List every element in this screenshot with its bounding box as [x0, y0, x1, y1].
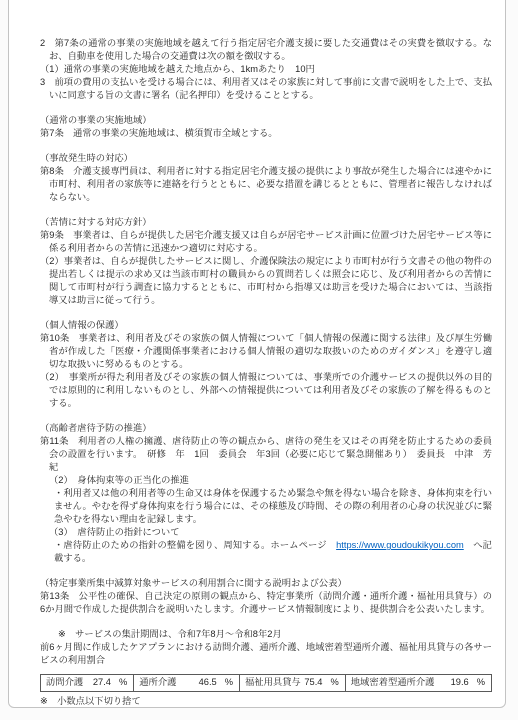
- clause-11-2-restraint-detail: ・利用者又は他の利用者等の生命又は身体を保護するため緊急や無を得ない場合を除き、…: [40, 487, 492, 526]
- table-cell-visit-care: 訪問介護 27.4 %: [41, 675, 133, 691]
- cell-unit: %: [330, 676, 338, 689]
- cell-label: 地域密着型通所介護: [351, 676, 435, 689]
- heading-usage-ratio-disclosure: （特定事業所集中減算対象サービスの利用割合に関する説明および公表）: [40, 577, 492, 590]
- careplan-ratio-note: 前6ヶ月間に作成したケアプランにおける訪問介護、通所介護、地域密着型通所介護、福…: [40, 641, 492, 667]
- rounding-note: ※ 小数点以下切り捨て: [40, 695, 492, 708]
- clause-9-1-complaint-handling: 第9条 事業者は、自らが提供した居宅介護支援又は自らが居宅サービス計画に位置づけ…: [40, 229, 492, 255]
- cell-value: 27.4: [93, 676, 111, 689]
- table-cell-community-daycare: 地域密着型通所介護 19.6 %: [345, 675, 491, 691]
- table-cell-daycare: 通所介護 46.5 %: [133, 675, 239, 691]
- table-cell-welfare-equipment: 福祉用具貸与 75.4 %: [239, 675, 345, 691]
- document-body: 2 第7条の通常の事業の実施地域を越えて行う指定居宅介護支援に要した交通費はその…: [40, 37, 492, 708]
- document-page: 2 第7条の通常の事業の実施地域を越えて行う指定居宅介護支援に要した交通費はその…: [8, 0, 506, 708]
- clause-7-2-1-per-km-fee: （1）通常の事業の実施地域を越えた地点から、1kmあたり 10円: [40, 63, 492, 76]
- clause-7-3-payment-consent: 3 前項の費用の支払いを受ける場合には、利用者又はその家族に対して事前に文書で説…: [40, 76, 492, 102]
- clause-7-service-area: 第7条 通常の事業の実施地域は、横須賀市全域とする。: [40, 127, 492, 140]
- homepage-link[interactable]: https://www.goudoukikyou.com: [336, 540, 464, 550]
- clause-11-1-abuse-committee: 第11条 利用者の人権の擁護、虐待防止の等の観点から、虐待の発生を又はその再発を…: [40, 435, 492, 474]
- clause-10-2-privacy-use: （2） 事業所が得た利用者及びその家族の個人情報については、事業所での介護サービ…: [40, 371, 492, 410]
- cell-value: 19.6: [451, 676, 469, 689]
- clause-10-1-privacy-law: 第10条 事業者は、利用者及びその家族の個人情報について「個人情報の保護に関する…: [40, 332, 492, 371]
- cell-label: 訪問介護: [46, 676, 83, 689]
- heading-accident-response: （事故発生時の対応）: [40, 152, 492, 165]
- clause-8-accident-response: 第8条 介護支援専門員は、利用者に対する指定居宅介護支援の提供により事故が発生し…: [40, 165, 492, 204]
- cell-unit: %: [477, 676, 485, 689]
- cell-value: 46.5: [199, 676, 217, 689]
- cell-label: 通所介護: [139, 676, 176, 689]
- clause-9-2-municipal-cooperation: （2）事業者は、自らが提供したサービスに関し、介護保険法の規定により市町村が行う…: [40, 255, 492, 307]
- heading-complaint-policy: （苦情に対する対応方針）: [40, 216, 492, 229]
- heading-abuse-prevention: （高齢者虐待予防の推進）: [40, 422, 492, 435]
- usage-ratio-table: 訪問介護 27.4 % 通所介護 46.5 % 福祉用具貸与 75.4 % 地域…: [40, 674, 492, 692]
- clause-7-2-transport-fee: 2 第7条の通常の事業の実施地域を越えて行う指定居宅介護支援に要した交通費はその…: [40, 37, 492, 63]
- cell-unit: %: [225, 676, 233, 689]
- cell-unit: %: [119, 676, 127, 689]
- cell-value: 75.4: [304, 676, 322, 689]
- cell-label: 福祉用具貸与: [245, 676, 301, 689]
- aggregation-period-note: ※ サービスの集計期間は、令和7年8月～令和8年2月: [40, 628, 492, 641]
- clause-13-usage-ratio: 第13条 公平性の確保、自己決定の原則の観点から、特定事業所（訪問介護・通所介護…: [40, 590, 492, 616]
- heading-service-area: （通常の事業の実施地域）: [40, 114, 492, 127]
- heading-personal-info: （個人情報の保護）: [40, 319, 492, 332]
- clause-11-3-guideline-detail: ・虐待防止のための指針の整備を図り、周知する。ホームページ https://ww…: [40, 539, 492, 565]
- guideline-text-before: ・虐待防止のための指針の整備を図り、周知する。ホームページ: [54, 540, 336, 550]
- clause-11-3-guideline-title: （3） 虐待防止の指針について: [40, 526, 492, 539]
- clause-11-2-restraint-title: （2） 身体拘束等の正当化の推進: [40, 474, 492, 487]
